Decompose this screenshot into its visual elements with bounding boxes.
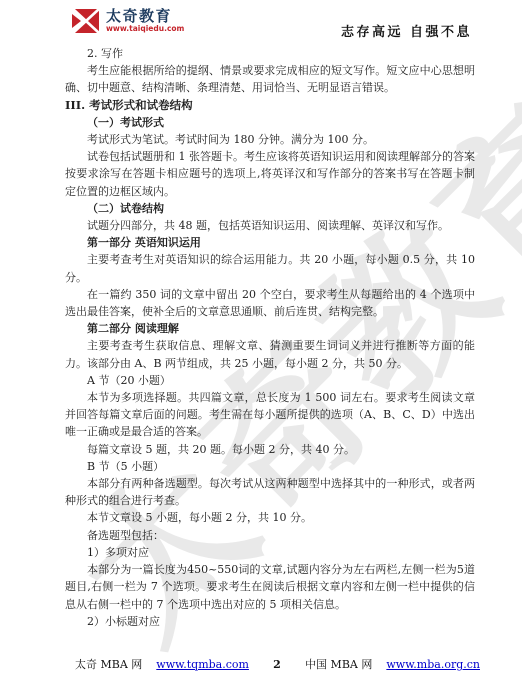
paragraph: 试卷包括试题册和 1 张答题卡。考生应该将英语知识运用和阅读理解部分的答案按要求…	[65, 148, 475, 200]
footer-left-link[interactable]: www.tqmba.com	[156, 658, 249, 671]
page-number: 2	[273, 658, 281, 671]
section-heading: III. 考试形式和试卷结构	[65, 97, 475, 114]
section-heading: 第一部分 英语知识运用	[65, 234, 475, 251]
footer-left-label: 太奇 MBA 网	[75, 656, 142, 672]
paragraph: B 节（5 小题）	[65, 458, 475, 475]
paragraph: 备选题型包括：	[65, 527, 475, 544]
paragraph: A 节（20 小题）	[65, 372, 475, 389]
paragraph: 本部分为一篇长度为450~550词的文章,试题内容分为左右两栏,左侧一栏为5道题…	[65, 561, 475, 613]
paragraph: 考试形式为笔试。考试时间为 180 分钟。满分为 100 分。	[65, 131, 475, 148]
paragraph: 本节为多项选择题。共四篇文章，总长度为 1 500 词左右。要求考生阅读文章并回…	[65, 389, 475, 441]
section-heading: 第二部分 阅读理解	[65, 320, 475, 337]
logo: 太奇教育 www.taiqiedu.com	[68, 7, 184, 35]
footer-right-link[interactable]: www.mba.org.cn	[386, 658, 480, 671]
document-page: { "header": { "logo_text": "太奇教育", "logo…	[0, 0, 522, 694]
paragraph: 主要考查考生对英语知识的综合运用能力。共 20 小题，每小题 0.5 分，共 1…	[65, 251, 475, 285]
section-heading: （一）考试形式	[65, 114, 475, 131]
paragraph: 在一篇约 350 词的文章中留出 20 个空白，要求考生从每题给出的 4 个选项…	[65, 286, 475, 320]
document-body: 2. 写作考生应能根据所给的提纲、情景或要求完成相应的短文写作。短文应中心思想明…	[0, 40, 522, 630]
paragraph: 每篇文章设 5 题，共 20 题。每小题 2 分，共 40 分。	[65, 441, 475, 458]
paragraph: 本节文章设 5 小题，每小题 2 分，共 10 分。	[65, 509, 475, 526]
logo-text-block: 太奇教育 www.taiqiedu.com	[106, 8, 184, 34]
logo-url: www.taiqiedu.com	[106, 25, 184, 34]
footer-right-label: 中国 MBA 网	[305, 656, 372, 672]
paragraph: 考生应能根据所给的提纲、情景或要求完成相应的短文写作。短文应中心思想明确、切中题…	[65, 62, 475, 96]
paragraph: 2. 写作	[65, 45, 475, 62]
paragraph: 试题分四部分，共 48 题，包括英语知识运用、阅读理解、英译汉和写作。	[65, 217, 475, 234]
paragraph: 2）小标题对应	[65, 613, 475, 630]
paragraph: 1）多项对应	[65, 544, 475, 561]
paragraph: 本部分有两种备选题型。每次考试从这两种题型中选择其中的一种形式，或者两种形式的组…	[65, 475, 475, 509]
page-footer: 太奇 MBA 网 www.tqmba.com 2 中国 MBA 网 www.mb…	[75, 656, 480, 672]
footer-left-group: 太奇 MBA 网 www.tqmba.com	[75, 656, 249, 672]
footer-right-group: 中国 MBA 网 www.mba.org.cn	[305, 656, 480, 672]
paragraph: 主要考查考生获取信息、理解文章、猜测重要生词词义并进行推断等方面的能力。该部分由…	[65, 337, 475, 371]
taiqi-logo-icon	[68, 7, 100, 35]
section-heading: （二）试卷结构	[65, 200, 475, 217]
header-slogan: 志存高远 自强不息	[341, 21, 472, 40]
page-header: 太奇教育 www.taiqiedu.com 志存高远 自强不息	[0, 0, 522, 40]
logo-text: 太奇教育	[106, 8, 184, 25]
